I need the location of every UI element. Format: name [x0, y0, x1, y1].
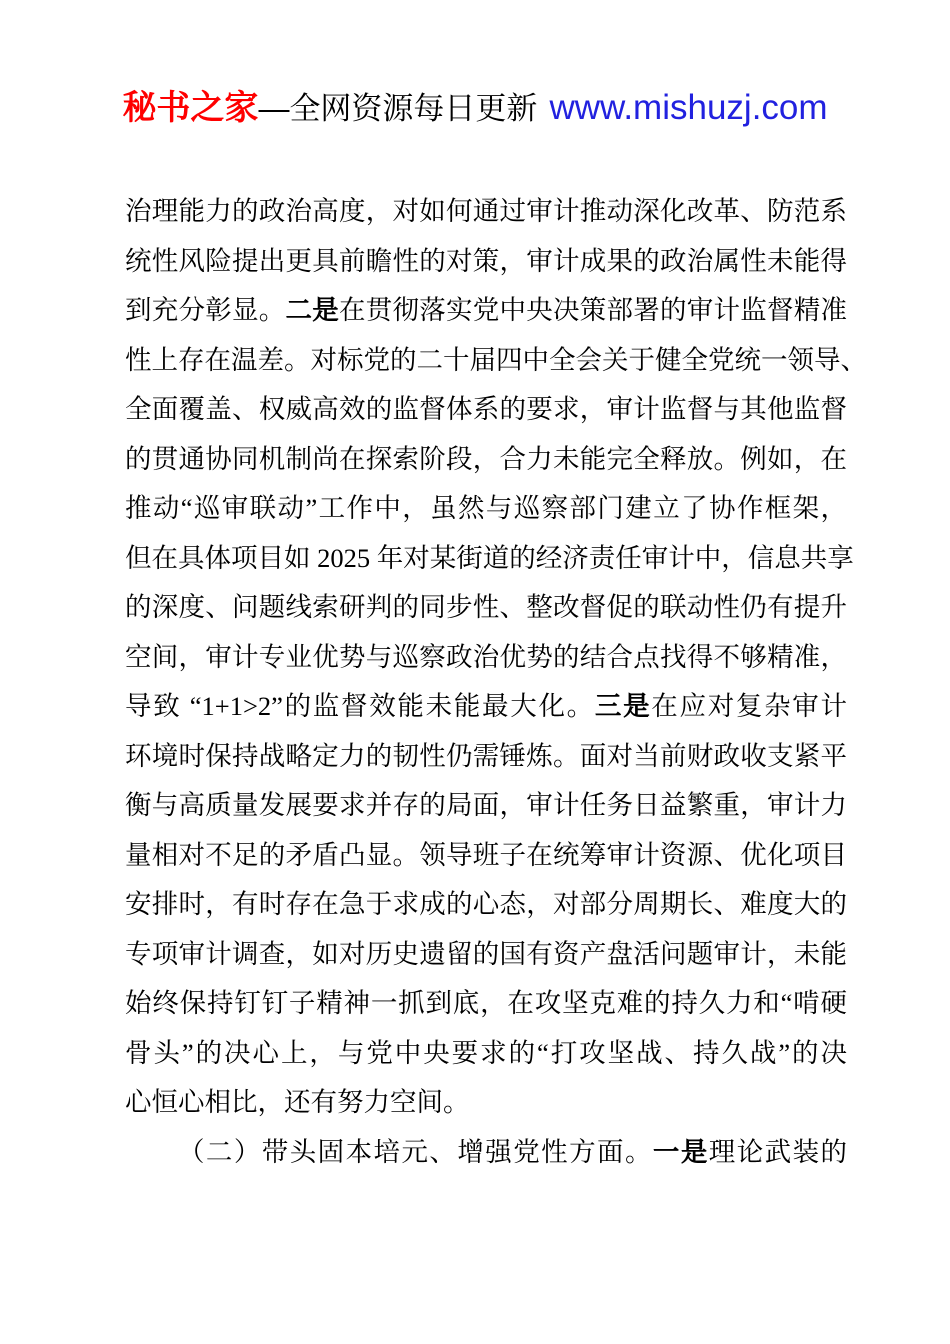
text-line: 全面覆盖、权威高效的监督体系的要求，审计监督与其他监督 [125, 385, 847, 435]
text-line: 量相对不足的矛盾凸显。领导班子在统筹审计资源、优化项目 [125, 831, 847, 881]
text-run: 空间，审计专业优势与巡察政治优势的结合点找得不够精准， [125, 642, 847, 672]
text-line: 始终保持钉钉子精神一抓到底，在攻坚克难的持久力和“啃硬 [125, 979, 847, 1029]
text-run: 在贯彻落实党中央决策部署的审计监督精准 [339, 295, 847, 325]
emphasis-run: 三是 [595, 691, 651, 721]
text-line: 推动“巡审联动”工作中，虽然与巡察部门建立了协作框架， [125, 484, 847, 534]
text-line: 的贯通协同机制尚在探索阶段，合力未能完全释放。例如，在 [125, 435, 847, 485]
site-brand: 秘书之家 [122, 89, 258, 127]
text-line: 统性风险提出更具前瞻性的对策，审计成果的政治属性未能得 [125, 237, 847, 287]
text-line: 心恒心相比，还有努力空间。 [125, 1078, 847, 1128]
site-tagline: —全网资源每日更新 [258, 91, 537, 126]
text-line: 到充分彰显。二是在贯彻落实党中央决策部署的审计监督精准 [125, 286, 847, 336]
text-run: 心恒心相比，还有努力空间。 [125, 1087, 470, 1117]
text-line: 导致 “1+1>2”的监督效能未能最大化。三是在应对复杂审计 [125, 682, 847, 732]
site-url-link[interactable]: www.mishuzj.com [549, 88, 827, 127]
text-line: 环境时保持战略定力的韧性仍需锤炼。面对当前财政收支紧平 [125, 732, 847, 782]
text-line: 衡与高质量发展要求并存的局面，审计任务日益繁重，审计力 [125, 781, 847, 831]
text-run: 的贯通协同机制尚在探索阶段，合力未能完全释放。例如，在 [125, 444, 847, 474]
text-run: 在应对复杂审计 [651, 691, 847, 721]
text-line: 安排时，有时存在急于求成的心态，对部分周期长、难度大的 [125, 880, 847, 930]
text-run: 性上存在温差。对标党的二十届四中全会关于健全党统一领导、 [125, 345, 867, 375]
document-body: 治理能力的政治高度，对如何通过审计推动深化改革、防范系统性风险提出更具前瞻性的对… [125, 187, 847, 1177]
text-line: 的深度、问题线索研判的同步性、整改督促的联动性仍有提升 [125, 583, 847, 633]
text-line: 性上存在温差。对标党的二十届四中全会关于健全党统一领导、 [125, 336, 847, 386]
text-line: 空间，审计专业优势与巡察政治优势的结合点找得不够精准， [125, 633, 847, 683]
text-run: 但在具体项目如 2025 年对某街道的经济责任审计中，信息共享 [125, 543, 854, 573]
text-run: 全面覆盖、权威高效的监督体系的要求，审计监督与其他监督 [125, 394, 847, 424]
text-run: 骨头”的决心上，与党中央要求的“打攻坚战、持久战”的决 [125, 1038, 847, 1068]
text-line: （二）带头固本培元、增强党性方面。一是理论武装的 [125, 1128, 847, 1178]
text-run: 始终保持钉钉子精神一抓到底，在攻坚克难的持久力和“啃硬 [125, 988, 847, 1018]
text-run: 的深度、问题线索研判的同步性、整改督促的联动性仍有提升 [125, 592, 847, 622]
text-run: 衡与高质量发展要求并存的局面，审计任务日益繁重，审计力 [125, 790, 847, 820]
emphasis-run: 一是 [653, 1137, 709, 1167]
text-run: 导致 “1+1>2”的监督效能未能最大化。 [125, 691, 595, 721]
text-line: 但在具体项目如 2025 年对某街道的经济责任审计中，信息共享 [125, 534, 847, 584]
text-line: 专项审计调查，如对历史遗留的国有资产盘活问题审计，未能 [125, 930, 847, 980]
text-run: 治理能力的政治高度，对如何通过审计推动深化改革、防范系 [125, 196, 847, 226]
text-run: （二）带头固本培元、增强党性方面。 [178, 1137, 653, 1167]
text-run: 量相对不足的矛盾凸显。领导班子在统筹审计资源、优化项目 [125, 840, 847, 870]
page-header: 秘书之家—全网资源每日更新www.mishuzj.com [0, 0, 950, 135]
text-run: 到充分彰显。 [125, 295, 286, 325]
text-line: 治理能力的政治高度，对如何通过审计推动深化改革、防范系 [125, 187, 847, 237]
text-run: 推动“巡审联动”工作中，虽然与巡察部门建立了协作框架， [125, 493, 847, 523]
document-page: 秘书之家—全网资源每日更新www.mishuzj.com 治理能力的政治高度，对… [0, 0, 950, 1344]
text-run: 安排时，有时存在急于求成的心态，对部分周期长、难度大的 [125, 889, 847, 919]
text-run: 专项审计调查，如对历史遗留的国有资产盘活问题审计，未能 [125, 939, 847, 969]
emphasis-run: 二是 [286, 295, 340, 325]
text-run: 环境时保持战略定力的韧性仍需锤炼。面对当前财政收支紧平 [125, 741, 847, 771]
text-run: 统性风险提出更具前瞻性的对策，审计成果的政治属性未能得 [125, 246, 847, 276]
text-run: 理论武装的 [709, 1137, 847, 1167]
text-line: 骨头”的决心上，与党中央要求的“打攻坚战、持久战”的决 [125, 1029, 847, 1079]
